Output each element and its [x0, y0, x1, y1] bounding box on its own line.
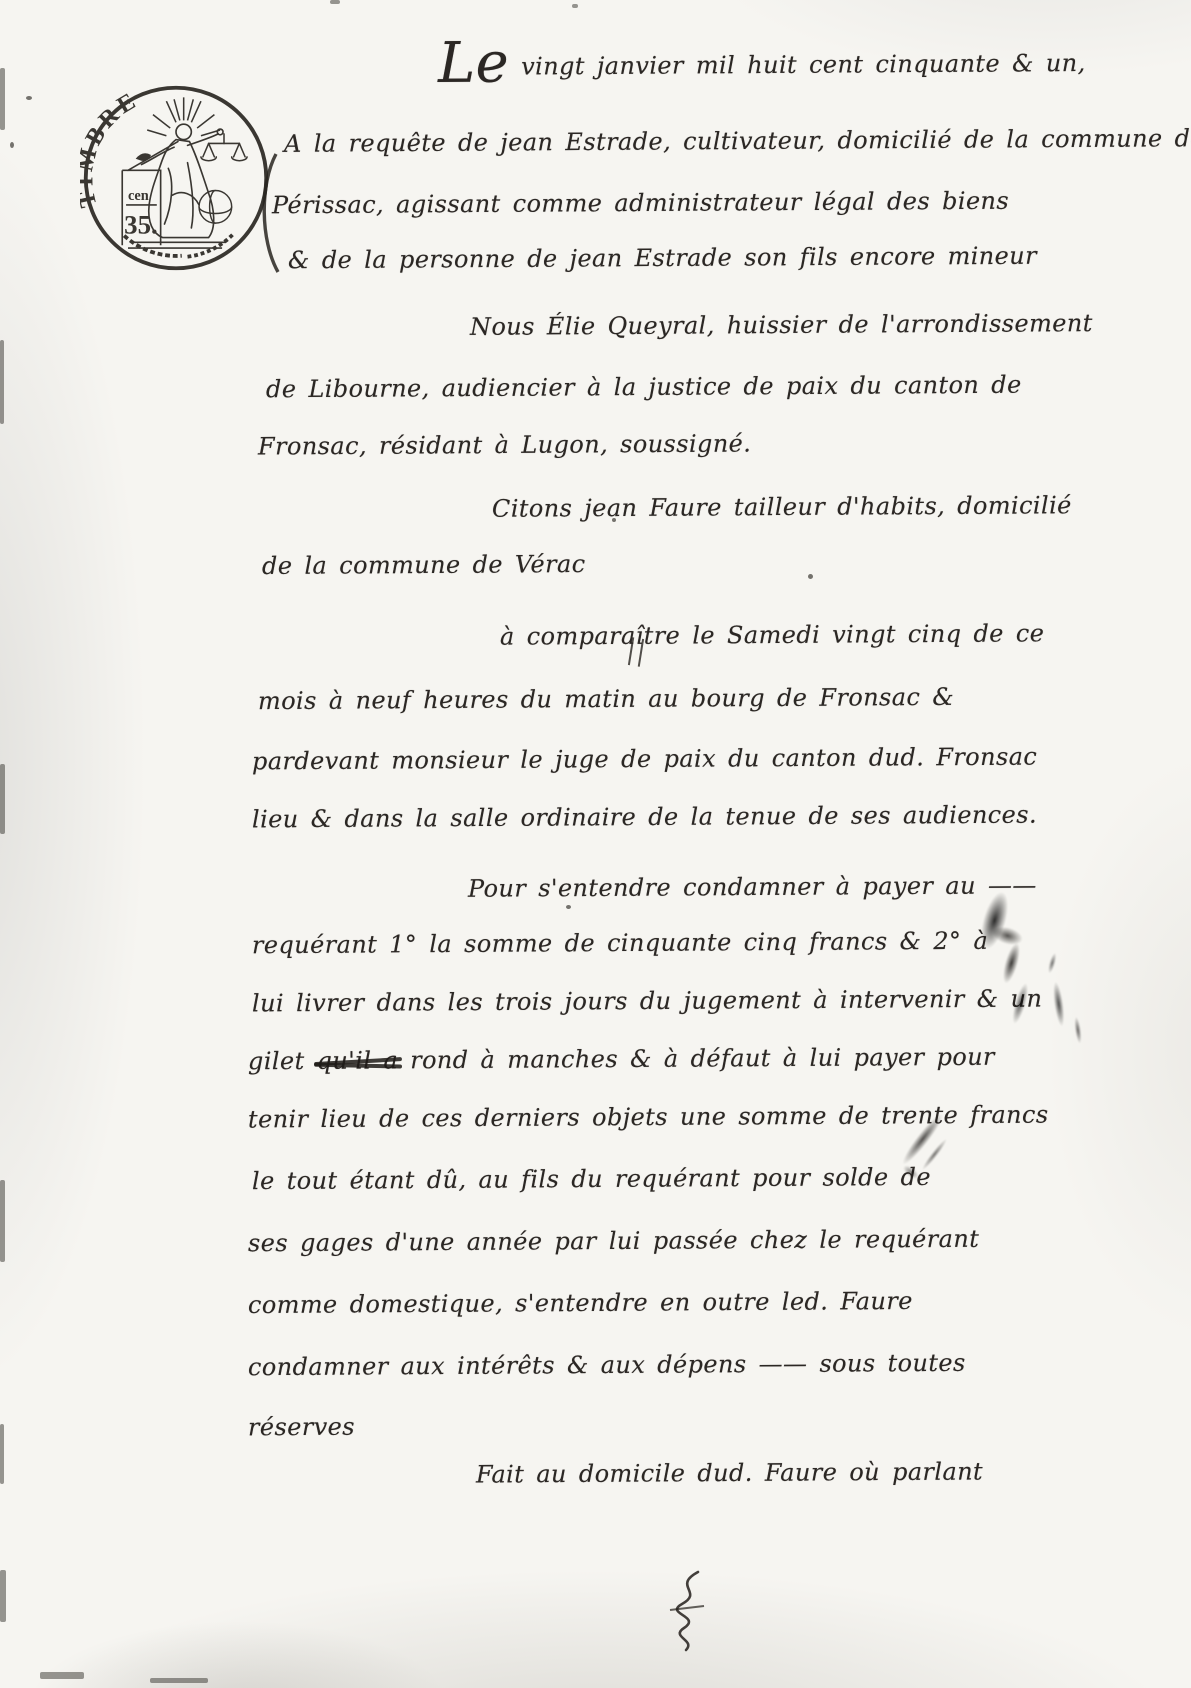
manuscript-text-segment: Fronsac, résidant à Lugon, soussigné.	[258, 429, 751, 460]
scan-edge-mark	[0, 764, 5, 834]
manuscript-text-segment: Pour s'entendre condamner à payer au ——	[468, 871, 1037, 902]
manuscript-text-segment: Nous Élie Queyral, huissier de l'arrondi…	[470, 309, 1093, 341]
ink-speck	[26, 96, 32, 100]
manuscript-line: Fronsac, résidant à Lugon, soussigné.	[258, 428, 751, 461]
scan-edge-mark	[0, 68, 5, 130]
manuscript-text-segment: Fait au domicile dud. Faure où parlant	[476, 1457, 983, 1488]
ink-blot	[1026, 961, 1109, 1065]
manuscript-text-segment: de la commune de Vérac	[262, 550, 586, 580]
bottom-flourish-mark	[652, 1566, 732, 1656]
decorative-initial: Le	[438, 31, 510, 96]
ink-speck	[612, 518, 616, 522]
struck-out-text: qu'il a	[317, 1046, 399, 1074]
scan-edge-mark	[0, 1570, 6, 1622]
globe-icon	[199, 190, 232, 223]
manuscript-line: comme domestique, s'entendre en outre le…	[248, 1286, 913, 1320]
margin-bracket-stroke	[256, 150, 282, 276]
manuscript-line: ses gages d'une année par lui passée che…	[248, 1224, 979, 1258]
manuscript-line: condamner aux intérêts & aux dépens —— s…	[248, 1348, 966, 1382]
stamp-value-label: 35.	[124, 210, 158, 240]
manuscript-line: de la commune de Vérac	[262, 549, 586, 581]
scan-edge-mark	[572, 4, 578, 8]
scan-edge-mark	[150, 1678, 208, 1683]
manuscript-line: gilet qu'il a rond à manches & à défaut …	[248, 1042, 995, 1077]
manuscript-line: & de la personne de jean Estrade son fil…	[288, 241, 1037, 276]
manuscript-line: de Libourne, audiencier à la justice de …	[266, 370, 1022, 405]
manuscript-text-segment: de Libourne, audiencier à la justice de …	[266, 371, 1022, 404]
manuscript-text-segment: gilet	[248, 1047, 317, 1075]
manuscript-text-segment: & de la personne de jean Estrade son fil…	[288, 242, 1037, 275]
manuscript-line: Citons jean Faure tailleur d'habits, dom…	[492, 490, 1072, 524]
manuscript-line: requérant 1° la somme de cinquante cinq …	[252, 926, 988, 960]
scan-edge-mark	[0, 1424, 4, 1484]
manuscript-line: le tout étant dû, au fils du requérant p…	[252, 1162, 931, 1196]
manuscript-text-segment: comme domestique, s'entendre en outre le…	[248, 1287, 913, 1319]
manuscript-text-segment: pardevant monsieur le juge de paix du ca…	[252, 743, 1037, 776]
manuscript-line: à comparaître le Samedi vingt cinq de ce	[500, 618, 1044, 651]
scan-edge-mark	[0, 1180, 5, 1262]
manuscript-line: Pour s'entendre condamner à payer au ——	[468, 870, 1037, 903]
ink-blot	[854, 1071, 999, 1214]
manuscript-line: Fait au domicile dud. Faure où parlant	[476, 1456, 983, 1489]
scan-edge-mark	[40, 1672, 84, 1679]
manuscript-line: mois à neuf heures du matin au bourg de …	[258, 682, 954, 716]
manuscript-text-segment: Citons jean Faure tailleur d'habits, dom…	[492, 491, 1072, 523]
revenue-stamp: TIMBRE	[80, 82, 272, 274]
manuscript-text-segment: rond à manches & à défaut à lui payer po…	[398, 1043, 995, 1075]
manuscript-text-segment: condamner aux intérêts & aux dépens —— s…	[248, 1349, 966, 1381]
ink-speck	[808, 574, 813, 579]
ink-speck	[10, 142, 14, 148]
ink-speck	[566, 905, 571, 909]
scan-edge-mark	[330, 0, 340, 4]
manuscript-line: pardevant monsieur le juge de paix du ca…	[252, 742, 1037, 777]
sun-rays-icon	[147, 97, 220, 135]
stamp-base-lines	[128, 242, 226, 248]
manuscript-text-segment: Périssac, agissant comme administrateur …	[272, 187, 1009, 220]
manuscript-text-segment: ses gages d'une année par lui passée che…	[248, 1225, 979, 1257]
manuscript-line: Le vingt janvier mil huit cent cinquante…	[438, 48, 1086, 82]
manuscript-line: Périssac, agissant comme administrateur …	[272, 186, 1009, 221]
manuscript-line: Nous Élie Queyral, huissier de l'arrondi…	[470, 308, 1093, 342]
manuscript-text-segment: réserves	[248, 1413, 355, 1442]
manuscript-text-segment: A la requête de jean Estrade, cultivateu…	[284, 124, 1191, 158]
manuscript-text-segment: requérant 1° la somme de cinquante cinq …	[252, 927, 988, 959]
stamp-unit-label: cen	[128, 188, 149, 204]
manuscript-text-segment: lieu & dans la salle ordinaire de la ten…	[252, 801, 1037, 834]
manuscript-line: lieu & dans la salle ordinaire de la ten…	[252, 800, 1037, 835]
manuscript-text-segment: le tout étant dû, au fils du requérant p…	[252, 1163, 931, 1195]
manuscript-line: A la requête de jean Estrade, cultivateu…	[284, 123, 1191, 159]
manuscript-text-segment: mois à neuf heures du matin au bourg de …	[258, 683, 954, 715]
manuscript-line: réserves	[248, 1412, 355, 1443]
manuscript-text-segment: vingt janvier mil huit cent cinquante & …	[509, 49, 1086, 81]
scan-edge-mark	[0, 340, 4, 424]
manuscript-text-segment: à comparaître le Samedi vingt cinq de ce	[500, 619, 1044, 650]
scanned-document-page: TIMBRE	[0, 0, 1191, 1688]
